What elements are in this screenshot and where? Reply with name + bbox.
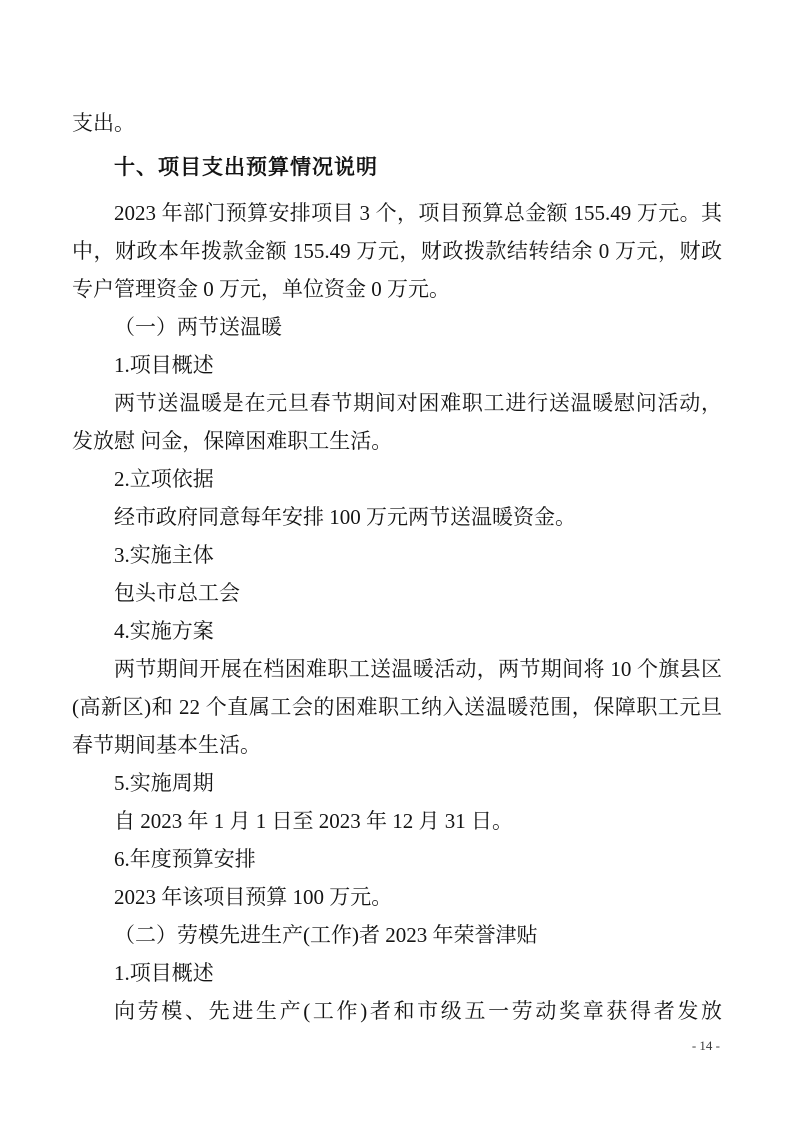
item-4-plan-label: 4.实施方案	[72, 612, 722, 650]
page-number: - 14 -	[692, 1038, 720, 1054]
document-body: 支出。 十、项目支出预算情况说明 2023 年部门预算安排项目 3 个，项目预算…	[72, 104, 722, 1030]
section-10-heading: 十、项目支出预算情况说明	[72, 149, 722, 187]
implementer-text: 包头市总工会	[72, 574, 722, 612]
subsection-2-title: （二）劳模先进生产(工作)者 2023 年荣誉津贴	[72, 916, 722, 954]
plan-text: 两节期间开展在档困难职工送温暖活动，两节期间将 10 个旗县区(高新区)和 22…	[72, 650, 722, 764]
project-overview-text-2: 向劳模、先进生产(工作)者和市级五一劳动奖章获得者发放	[72, 992, 722, 1030]
period-text: 自 2023 年 1 月 1 日至 2023 年 12 月 31 日。	[72, 802, 722, 840]
item-1-project-overview-label-2: 1.项目概述	[72, 954, 722, 992]
paragraph-carryover: 支出。	[72, 104, 722, 142]
annual-budget-text: 2023 年该项目预算 100 万元。	[72, 878, 722, 916]
item-3-implementer-label: 3.实施主体	[72, 536, 722, 574]
subsection-1-title: （一）两节送温暖	[72, 308, 722, 346]
document-page: 支出。 十、项目支出预算情况说明 2023 年部门预算安排项目 3 个，项目预算…	[0, 0, 794, 1123]
item-5-period-label: 5.实施周期	[72, 764, 722, 802]
item-1-project-overview-label: 1.项目概述	[72, 346, 722, 384]
item-6-budget-label: 6.年度预算安排	[72, 840, 722, 878]
project-overview-text: 两节送温暖是在元旦春节期间对困难职工进行送温暖慰问活动，发放慰 问金，保障困难职…	[72, 384, 722, 460]
project-budget-summary: 2023 年部门预算安排项目 3 个，项目预算总金额 155.49 万元。其中，…	[72, 194, 722, 308]
basis-text: 经市政府同意每年安排 100 万元两节送温暖资金。	[72, 498, 722, 536]
item-2-basis-label: 2.立项依据	[72, 460, 722, 498]
